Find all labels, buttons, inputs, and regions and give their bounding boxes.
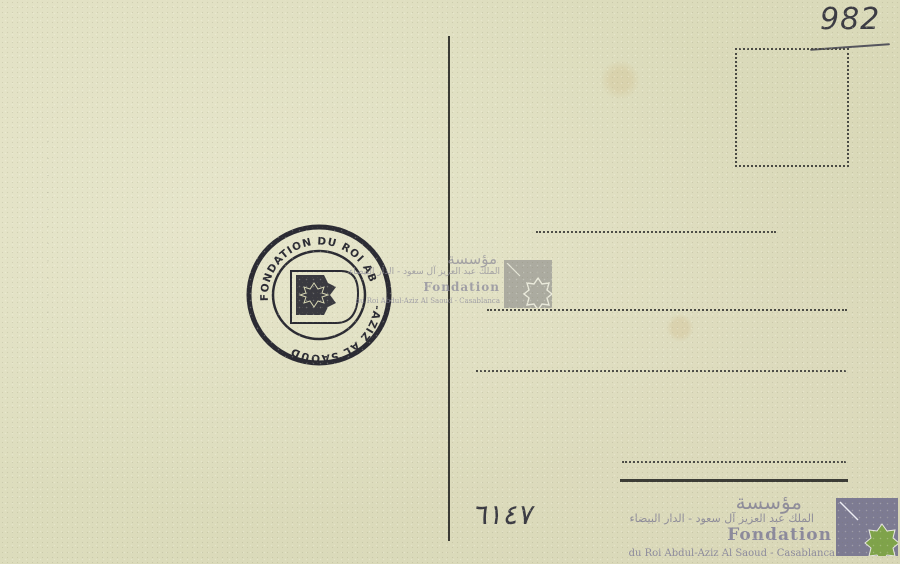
handwritten-arabic-number: ٦١٤٧ <box>471 498 537 531</box>
watermark-french-title: Fondation <box>727 525 832 545</box>
address-line-4 <box>622 461 846 463</box>
address-line-5 <box>620 479 848 482</box>
foundation-rubber-stamp: FONDATION DU ROI ABDUL -AZIZ AL SAOUD <box>246 223 392 367</box>
postcard-back: · · · · · · · · · · · · 982 ٦١٤٧ FONDATI… <box>0 0 900 564</box>
watermark-corner: مؤسسة الملك عبد العزيز آل سعود - الدار ا… <box>628 490 900 564</box>
watermark-french-subtitle: du Roi Abdul-Aziz Al Saoud - Casablanca <box>356 297 500 305</box>
watermark-french-subtitle: du Roi Abdul-Aziz Al Saoud - Casablanca <box>629 548 835 559</box>
watermark-arabic-title: مؤسسة <box>736 490 802 514</box>
handwritten-catalog-number: 982 <box>820 2 880 37</box>
postage-stamp-box <box>735 48 849 167</box>
address-line-3 <box>476 370 846 372</box>
watermark-center: مؤسسة الملك عبد العزيز آل سعود - الدار ا… <box>392 250 562 312</box>
star-octagram-icon <box>296 275 336 315</box>
foundation-logo-icon <box>504 260 552 308</box>
faint-edge-text: · · · · · · · · · · · · <box>40 140 52 410</box>
watermark-arabic-title: مؤسسة <box>447 250 497 268</box>
address-line-1 <box>536 231 776 233</box>
watermark-arabic-subtitle: الملك عبد العزيز آل سعود - الدار البيضاء <box>629 512 814 525</box>
watermark-french-title: Fondation <box>423 280 500 294</box>
foundation-logo-icon <box>836 498 898 556</box>
watermark-arabic-subtitle: الملك عبد العزيز آل سعود - الدار البيضاء <box>349 267 500 277</box>
